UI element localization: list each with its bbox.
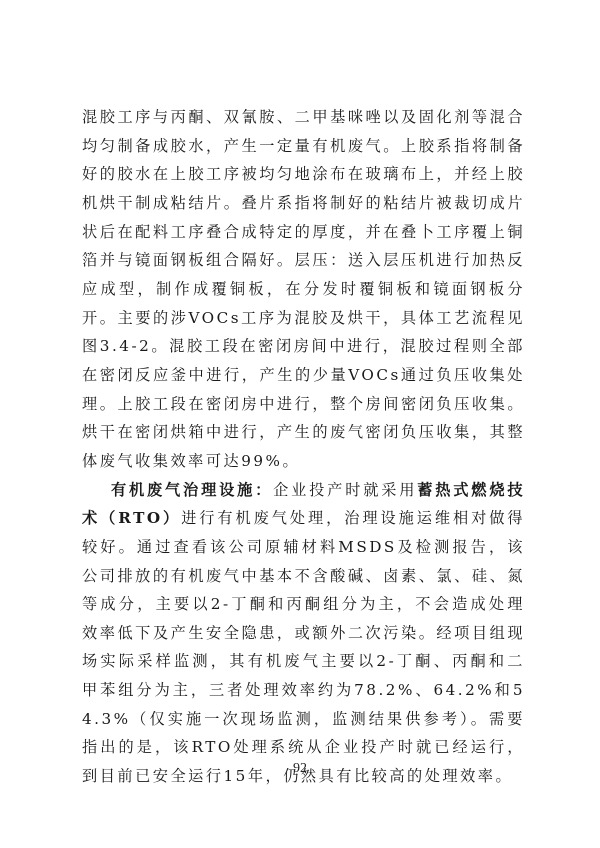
section-heading-treatment-facility: 有机废气治理设施： <box>111 481 273 499</box>
page-number: 92 <box>0 761 600 777</box>
paragraph-voc-treatment: 有机废气治理设施：企业投产时就采用蓄热式燃烧技术（RTO）进行有机废气处理，治理… <box>82 476 525 791</box>
paragraph-process-description: 混胶工序与丙酮、双氰胺、二甲基咪唑以及固化剂等混合均匀制备成胶水，产生一定量有机… <box>82 103 525 476</box>
document-page: 混胶工序与丙酮、双氰胺、二甲基咪唑以及固化剂等混合均匀制备成胶水，产生一定量有机… <box>0 0 600 848</box>
paragraph-text: 混胶工序与丙酮、双氰胺、二甲基咪唑以及固化剂等混合均匀制备成胶水，产生一定量有机… <box>82 108 525 470</box>
body-text: 混胶工序与丙酮、双氰胺、二甲基咪唑以及固化剂等混合均匀制备成胶水，产生一定量有机… <box>82 103 525 791</box>
paragraph-text: 企业投产时就采用 <box>273 481 417 499</box>
paragraph-text: 进行有机废气处理，治理设施运维相对做得较好。通过查看该公司原辅材料MSDS及检测… <box>82 509 525 785</box>
